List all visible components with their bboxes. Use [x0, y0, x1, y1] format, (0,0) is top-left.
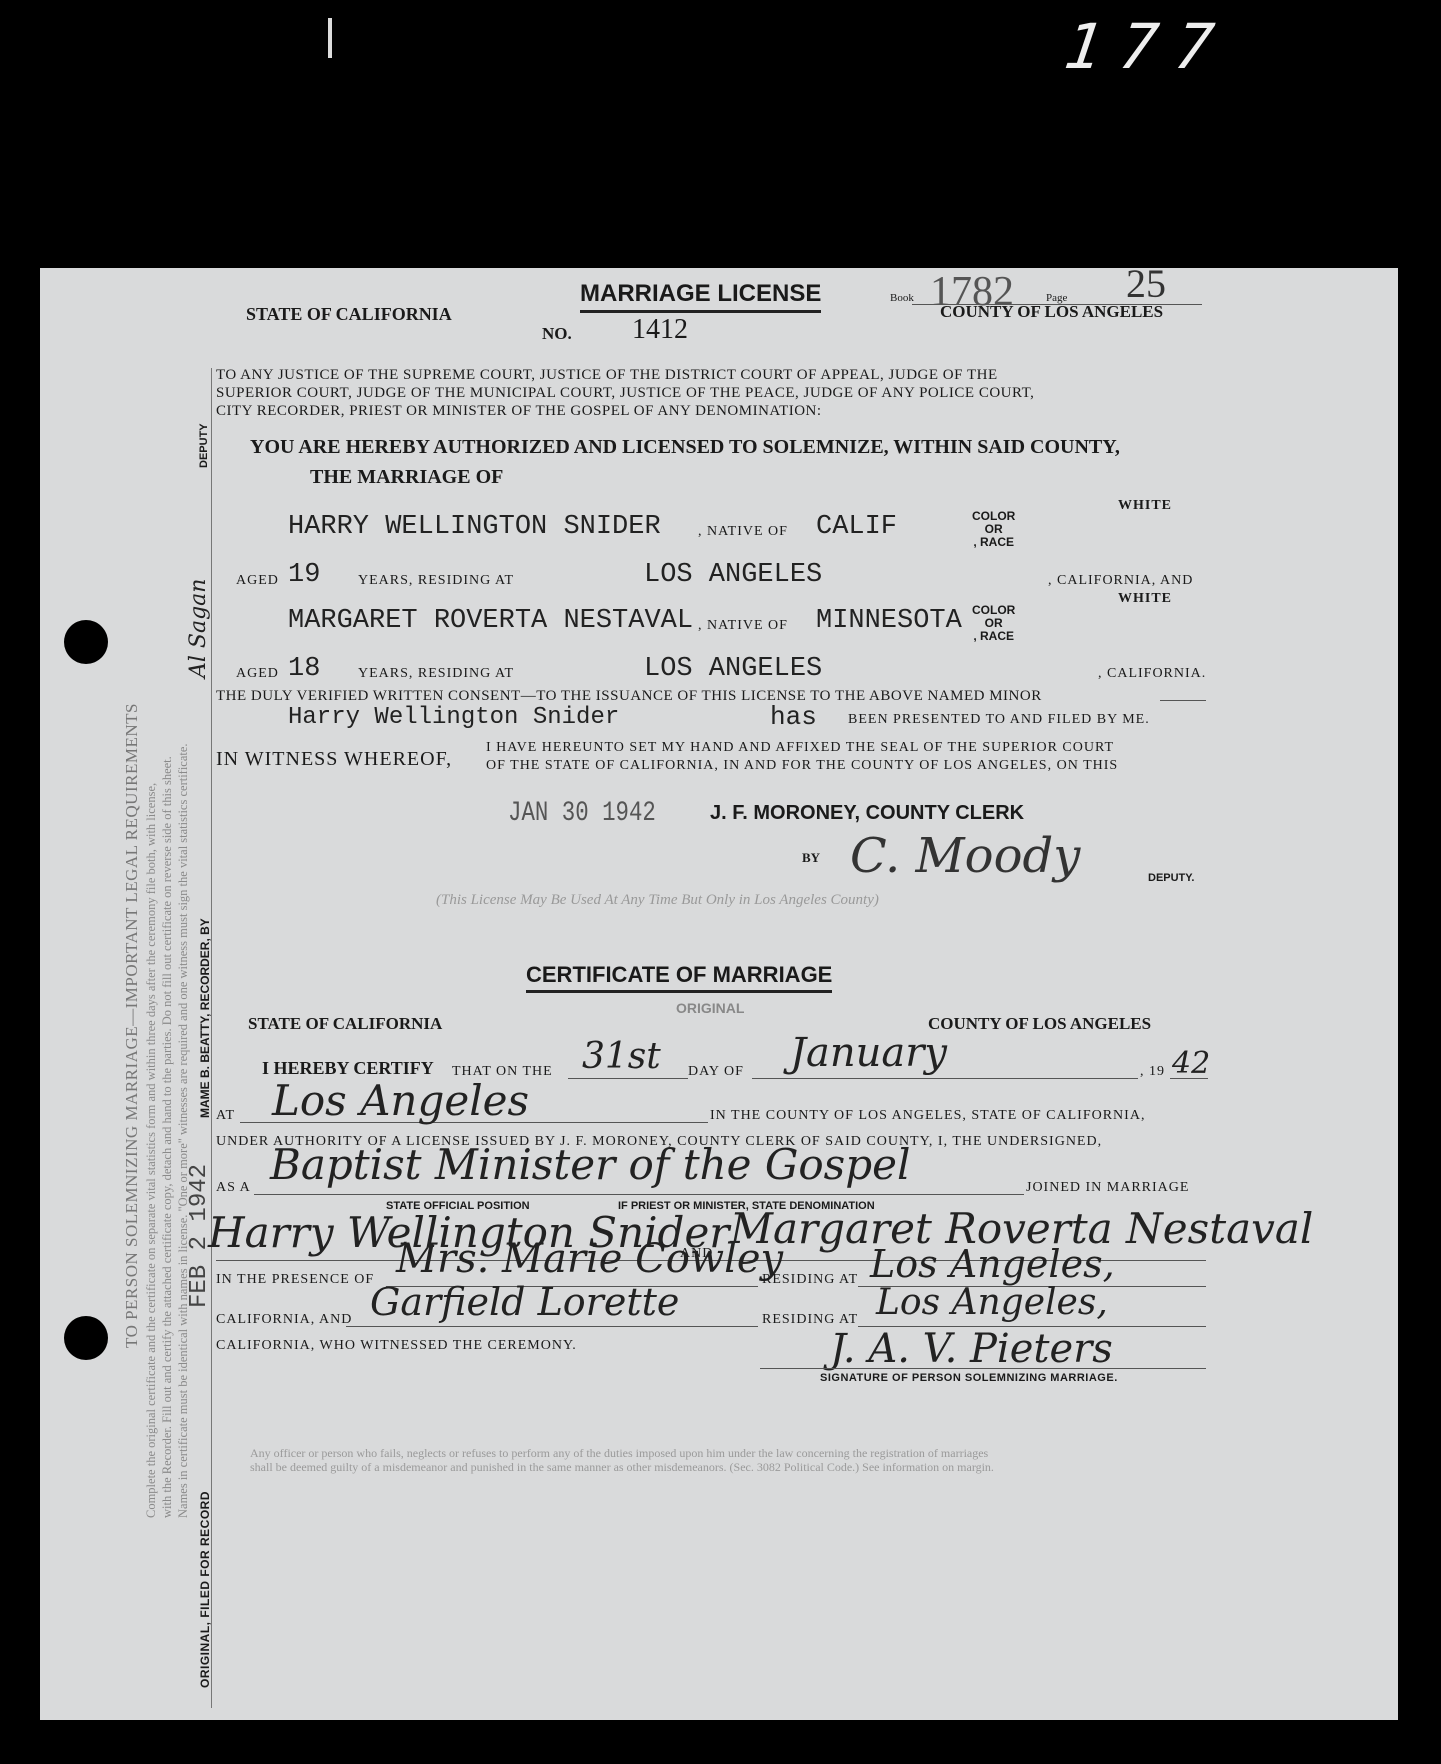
- witness1-name: Mrs. Marie Cowley: [396, 1236, 783, 1282]
- original-label: ORIGINAL: [676, 1000, 744, 1016]
- license-usage-note: (This License May Be Used At Any Time Bu…: [436, 892, 879, 909]
- footer-penalty-text: Any officer or person who fails, neglect…: [250, 1446, 988, 1461]
- clerk-deputy-signature: C. Moody: [850, 828, 1080, 884]
- recorder-deputy-label: DEPUTY: [198, 423, 210, 468]
- license-title: MARRIAGE LICENSE: [580, 280, 821, 313]
- aged-label: AGED: [236, 573, 279, 589]
- certificate-year: 42: [1172, 1046, 1210, 1081]
- groom-residence: LOS ANGELES: [644, 560, 822, 590]
- witness2-rule: [346, 1326, 758, 1327]
- officiant-signature: J. A. V. Pieters: [830, 1326, 1113, 1372]
- margin-rule: [211, 368, 212, 1708]
- recorder-deputy-signature: Al Sagan: [186, 579, 211, 678]
- position-rule: [254, 1194, 1024, 1195]
- margin-instruction: with the Recorder. Fill out and certify …: [160, 756, 175, 1518]
- witness1-residence: Los Angeles,: [870, 1242, 1115, 1286]
- residing-label: RESIDING AT: [762, 1272, 858, 1288]
- marriage-record-sheet: TO PERSON SOLEMNIZING MARRIAGE—IMPORTANT…: [40, 268, 1398, 1720]
- color-race-label: COLOR OR , RACE: [972, 604, 1015, 643]
- certificate-state: STATE OF CALIFORNIA: [248, 1014, 442, 1034]
- race-label: , RACE: [972, 536, 1015, 549]
- color-race-label: COLOR OR , RACE: [972, 510, 1015, 549]
- address-line: CITY RECORDER, PRIEST OR MINISTER OF THE…: [216, 403, 822, 420]
- month-rule: [752, 1078, 1138, 1079]
- as-a-label: AS A: [216, 1180, 251, 1196]
- certificate-day: 31st: [582, 1036, 661, 1077]
- aged-label: AGED: [236, 666, 279, 682]
- california-label: , CALIFORNIA.: [1098, 666, 1206, 682]
- consent-name: Harry Wellington Snider: [288, 704, 619, 731]
- day-rule: [568, 1078, 688, 1079]
- certificate-county: COUNTY OF LOS ANGELES: [928, 1014, 1151, 1034]
- license-number: 1412: [632, 314, 688, 346]
- joined-label: JOINED IN MARRIAGE: [1026, 1180, 1189, 1196]
- address-line: TO ANY JUSTICE OF THE SUPREME COURT, JUS…: [216, 367, 998, 384]
- year-prefix: , 19: [1140, 1064, 1165, 1080]
- native-of-label: , NATIVE OF: [698, 524, 788, 540]
- officiant-position: Baptist Minister of the Gospel: [270, 1140, 910, 1189]
- bride-race: WHITE: [1118, 591, 1172, 607]
- certificate-place: Los Angeles: [272, 1076, 529, 1125]
- bride-age: 18: [288, 654, 320, 684]
- california-and-label: , CALIFORNIA, AND: [1048, 573, 1193, 589]
- years-residing-label: YEARS, RESIDING AT: [358, 666, 514, 682]
- filed-label: ORIGINAL, FILED FOR RECORD: [198, 1491, 212, 1688]
- years-residing-label: YEARS, RESIDING AT: [358, 573, 514, 589]
- presence-label: IN THE PRESENCE OF: [216, 1272, 374, 1288]
- license-no-label: NO.: [542, 324, 572, 344]
- witness2-residence: Los Angeles,: [876, 1282, 1108, 1323]
- by-label: BY: [802, 850, 820, 866]
- witnessed-ceremony-text: CALIFORNIA, WHO WITNESSED THE CEREMONY.: [216, 1338, 577, 1354]
- page-number: 25: [1126, 260, 1166, 307]
- punch-hole: [64, 620, 108, 664]
- bride-name: MARGARET ROVERTA NESTAVAL: [288, 606, 693, 636]
- california-and-label: CALIFORNIA, AND: [216, 1312, 352, 1328]
- groom-native-of: CALIF: [816, 512, 897, 542]
- consent-tail: BEEN PRESENTED TO AND FILED BY ME.: [848, 712, 1150, 728]
- county-clerk: J. F. MORONEY, COUNTY CLERK: [710, 802, 1024, 825]
- license-state: STATE OF CALIFORNIA: [246, 304, 452, 325]
- native-of-label: , NATIVE OF: [698, 618, 788, 634]
- scan-mark: [328, 18, 332, 58]
- groom-race: WHITE: [1118, 498, 1172, 514]
- groom-name: HARRY WELLINGTON SNIDER: [288, 512, 661, 542]
- book-label: Book: [890, 292, 914, 304]
- margin-instruction: Names in certificate must be identical w…: [176, 743, 191, 1518]
- margin-instruction: Complete the original certificate and th…: [144, 783, 159, 1518]
- certificate-month: January: [790, 1030, 947, 1076]
- certificate-title: CERTIFICATE OF MARRIAGE: [526, 962, 832, 993]
- consent-line: THE DULY VERIFIED WRITTEN CONSENT—TO THE…: [216, 688, 1042, 705]
- deputy-label: DEPUTY.: [1148, 872, 1194, 884]
- stamp-number: 177: [1060, 10, 1236, 83]
- address-line: SUPERIOR COURT, JUDGE OF THE MUNICIPAL C…: [216, 385, 1034, 402]
- in-county-text: IN THE COUNTY OF LOS ANGELES, STATE OF C…: [710, 1108, 1145, 1124]
- license-date-stamp: JAN 30 1942: [508, 798, 656, 829]
- bride-residence: LOS ANGELES: [644, 654, 822, 684]
- witness-text: OF THE STATE OF CALIFORNIA, IN AND FOR T…: [486, 758, 1118, 774]
- witness-text: I HAVE HEREUNTO SET MY HAND AND AFFIXED …: [486, 740, 1114, 756]
- consent-rule: [1160, 700, 1206, 701]
- recorder-label: MAME B. BEATTY, RECORDER, BY: [198, 918, 212, 1118]
- witness-whereof-label: IN WITNESS WHEREOF,: [216, 748, 452, 771]
- punch-hole: [64, 1316, 108, 1360]
- bride-native-of: MINNESOTA: [816, 606, 962, 636]
- footer-penalty-text: shall be deemed guilty of a misdemeanor …: [250, 1460, 994, 1475]
- at-label: AT: [216, 1108, 235, 1124]
- marriage-of-text: THE MARRIAGE OF: [310, 466, 503, 489]
- day-of-label: DAY OF: [688, 1064, 744, 1080]
- groom-age: 19: [288, 560, 320, 590]
- consent-verb: has: [770, 702, 817, 732]
- signature-rule: [760, 1368, 1206, 1369]
- witness2-name: Garfield Lorette: [370, 1280, 679, 1324]
- signature-caption: SIGNATURE OF PERSON SOLEMNIZING MARRIAGE…: [820, 1372, 1118, 1384]
- margin-header: TO PERSON SOLEMNIZING MARRIAGE—IMPORTANT…: [122, 703, 142, 1348]
- authorization-text: YOU ARE HEREBY AUTHORIZED AND LICENSED T…: [250, 436, 1120, 459]
- license-county: COUNTY OF LOS ANGELES: [940, 302, 1163, 322]
- race-label: , RACE: [972, 630, 1015, 643]
